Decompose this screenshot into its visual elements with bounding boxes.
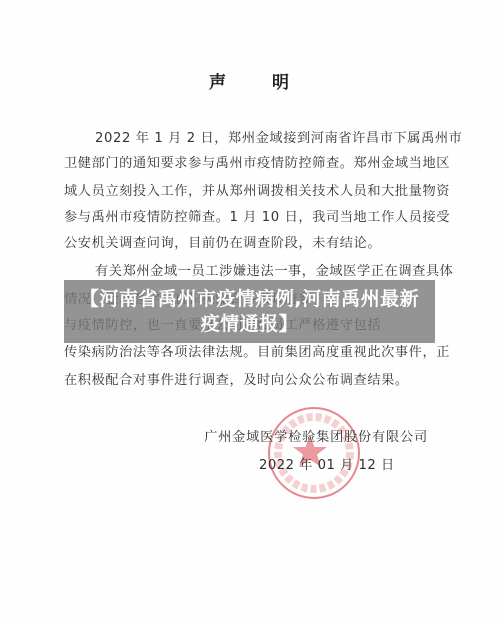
company-seal-icon (268, 407, 360, 499)
signature-company: 广州金域医学检验集团股份有限公司 (204, 426, 428, 445)
paragraph-2-line-1: 有关郑州金域一员工涉嫌违法一事，金域医学正在调查具体 (95, 264, 436, 280)
paragraph-2-line-5: 在积极配合对事件进行调查，及时向公众公布调查结果。 (64, 373, 436, 389)
document-title: 声 明 (0, 68, 500, 93)
document-page: 声 明 2022 年 1 月 2 日，郑州金域接到河南省许昌市下属禹州市 卫健部… (0, 0, 500, 624)
paragraph-1-line-2: 卫健部门的通知要求参与禹州市疫情防控筛查。郑州金域当地区 (64, 156, 436, 172)
headline-banner: 【河南省禹州市疫情病例,河南禹州最新疫情通报】 (64, 280, 435, 343)
paragraph-1-line-3: 域人员立刻投入工作，并从郑州调拨相关技术人员和大批量物资 (64, 184, 436, 200)
paragraph-1-line-4: 参与禹州市疫情防控筛查。1 月 10 日，我司当地工作人员接受 (64, 210, 436, 226)
signature-date: 2022 年 01 月 12 日 (259, 454, 395, 473)
paragraph-2-line-4: 传染病防治法等各项法律法规。目前集团高度重视此次事件，正 (64, 345, 436, 361)
headline-text: 【河南省禹州市疫情病例,河南禹州最新疫情通报】 (75, 287, 425, 337)
paragraph-1-line-1: 2022 年 1 月 2 日，郑州金域接到河南省许昌市下属禹州市 (95, 131, 436, 147)
paragraph-1-line-5: 公安机关调查问询，目前仍在调查阶段，未有结论。 (64, 236, 436, 252)
